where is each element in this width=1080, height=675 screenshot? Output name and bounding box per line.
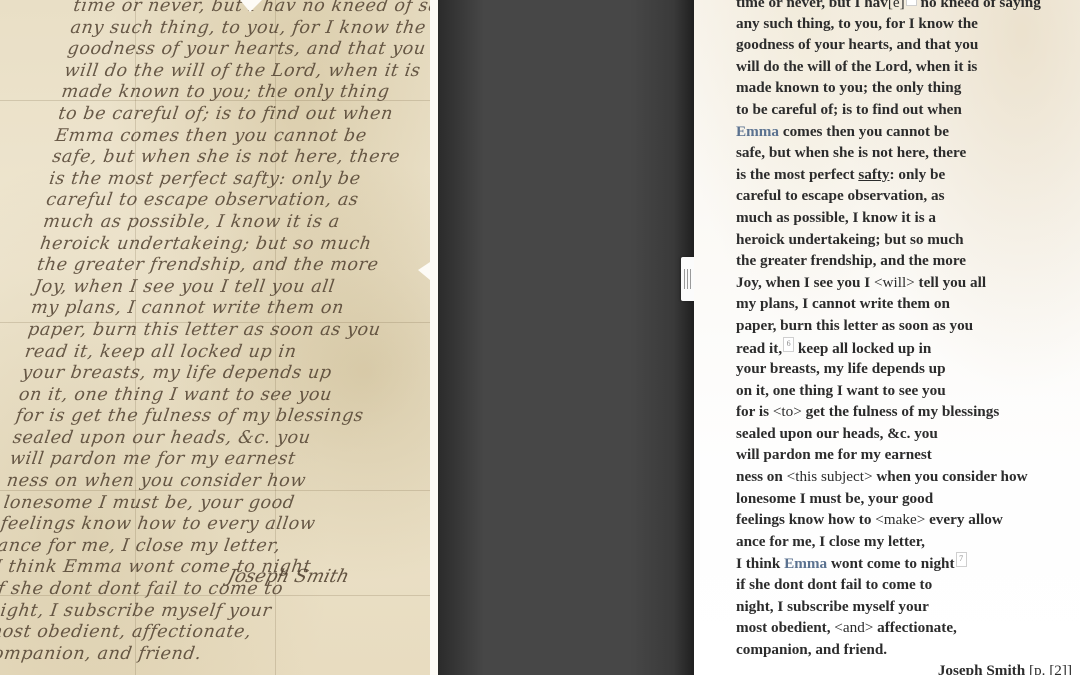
handwritten-line: most obedient, affectionate, <box>0 622 387 644</box>
manuscript-image-panel: time or never, but I hav no kneed of say… <box>0 0 438 675</box>
handwritten-line: goodness of your hearts, and that you <box>66 39 438 61</box>
transcription-line: I think Emma wont come to night7 <box>736 552 1080 574</box>
transcription-text-run: comes then you cannot be <box>779 123 949 140</box>
handwritten-line: will do the will of the Lord, when it is <box>63 61 438 83</box>
transcription-text-run: made known to you; the only thing <box>736 79 961 96</box>
handwritten-line: feelings know how to every allow <box>0 514 402 536</box>
handwritten-line: paper, burn this letter as soon as you <box>26 320 429 342</box>
transcription-text-run: sealed upon our heads, &c. you <box>736 425 938 442</box>
manuscript-page-image: time or never, but I hav no kneed of say… <box>0 0 430 675</box>
transcription-text-run: read it, <box>736 340 782 357</box>
handwritten-line: made known to you; the only thing <box>60 82 438 104</box>
transcription-text-run: get the fulness of my blessings <box>802 403 999 420</box>
handwritten-line: ance for me, I close my letter, <box>0 536 399 558</box>
transcription-text-run: lonesome I must be, your good <box>736 490 933 507</box>
handwritten-line: your breasts, my life depends up <box>20 363 423 385</box>
handwritten-line: Joy, when I see you I tell you all <box>33 277 436 299</box>
transcription-text-run: feelings know how to <box>736 511 875 528</box>
transcription-line: Joy, when I see you I <will> tell you al… <box>736 272 1080 294</box>
handwritten-line: time or never, but I hav no kneed of say… <box>72 0 438 18</box>
handwritten-text: time or never, but I hav no kneed of say… <box>0 0 438 665</box>
footnote-marker-icon[interactable]: 7 <box>956 552 967 567</box>
transcription-text-run: on it, one thing I want to see you <box>736 382 946 399</box>
transcription-text: time or never, but I hav[e]0 no kneed of… <box>736 0 1080 675</box>
transcription-line: is the most perfect safty: only be <box>736 164 1080 186</box>
handwritten-line: read it, keep all locked up in <box>23 342 426 364</box>
transcription-line: made known to you; the only thing <box>736 77 1080 99</box>
grip-line-icon <box>687 269 689 289</box>
handwritten-line: careful to escape observation, as <box>45 190 438 212</box>
transcription-text-run: paper, burn this letter as soon as you <box>736 317 973 334</box>
transcription-text-run: I think <box>736 555 784 572</box>
handwritten-line: companion, and friend. <box>0 644 384 666</box>
transcription-line: time or never, but I hav[e]0 no kneed of… <box>736 0 1080 13</box>
handwritten-line: safe, but when she is not here, there <box>51 147 438 169</box>
transcription-text-run: no kneed of saying <box>917 0 1041 11</box>
handwritten-line: night, I subscribe myself your <box>0 601 390 623</box>
transcription-text-run: ance for me, I close my letter, <box>736 533 925 550</box>
transcription-line: the greater frendship, and the more <box>736 250 1080 272</box>
transcription-text-run: for is <box>736 403 773 420</box>
editorial-insertion: <will> <box>874 274 915 291</box>
transcription-text-run: the greater frendship, and the more <box>736 252 966 269</box>
editorial-insertion: <make> <box>875 511 925 528</box>
transcription-line: much as possible, I know it is a <box>736 207 1080 229</box>
signature-name: Joseph Smith <box>938 662 1025 675</box>
handwritten-line: will pardon me for my earnest <box>8 449 411 471</box>
editorial-insertion: [e] <box>888 0 905 11</box>
transcription-line: paper, burn this letter as soon as you <box>736 315 1080 337</box>
handwritten-line: is the most perfect safty: only be <box>48 169 438 191</box>
handwritten-line: Emma comes then you cannot be <box>54 126 438 148</box>
transcription-line: feelings know how to <make> every allow <box>736 509 1080 531</box>
transcription-line: for is <to> get the fulness of my blessi… <box>736 401 1080 423</box>
transcription-line: Emma comes then you cannot be <box>736 121 1080 143</box>
handwritten-line: the greater frendship, and the more <box>36 255 438 277</box>
transcription-text-run: night, I subscribe myself your <box>736 598 929 615</box>
transcription-text-run: : only be <box>890 166 946 183</box>
footnote-marker-icon[interactable]: 0 <box>906 0 917 6</box>
page-marker: [p. [2]] <box>1025 662 1072 675</box>
transcription-text-run: will pardon me for my earnest <box>736 446 932 463</box>
transcription-text-run: is the most perfect <box>736 166 858 183</box>
transcription-text-run: every allow <box>925 511 1003 528</box>
transcription-text-run: to be careful of; is to find out when <box>736 101 962 118</box>
transcription-line: lonesome I must be, your good <box>736 488 1080 510</box>
transcription-text-run: ness on <box>736 468 787 485</box>
pane-resize-handle[interactable] <box>681 257 694 301</box>
transcription-text-run: my plans, I cannot write them on <box>736 295 950 312</box>
transcription-line: most obedient, <and> affectionate, <box>736 617 1080 639</box>
transcription-text-run: Joy, when I see you I <box>736 274 874 291</box>
editorial-insertion: <this subject> <box>787 468 873 485</box>
editorial-insertion: <and> <box>834 619 873 636</box>
transcription-text-run: affectionate, <box>873 619 957 636</box>
grip-line-icon <box>690 269 692 289</box>
handwritten-line: for is get the fulness of my blessings <box>14 406 417 428</box>
handwritten-line: sealed upon our heads, &c. you <box>11 428 414 450</box>
handwritten-line: on it, one thing I want to see you <box>17 385 420 407</box>
transcription-line: night, I subscribe myself your <box>736 596 1080 618</box>
transcription-line: safe, but when she is not here, there <box>736 142 1080 164</box>
transcription-line: ness on <this subject> when you consider… <box>736 466 1080 488</box>
transcription-text-run: safe, but when she is not here, there <box>736 144 966 161</box>
transcription-line: will pardon me for my earnest <box>736 444 1080 466</box>
transcription-text-run: wont come to night <box>827 555 954 572</box>
handwritten-line: my plans, I cannot write them on <box>30 298 433 320</box>
transcription-text-run: much as possible, I know it is a <box>736 209 936 226</box>
transcription-text-run: any such thing, to you, for I know the <box>736 15 978 32</box>
transcription-text-run: goodness of your hearts, and that you <box>736 36 978 53</box>
transcription-line: if she dont dont fail to come to <box>736 574 1080 596</box>
transcription-line: on it, one thing I want to see you <box>736 380 1080 402</box>
editorial-insertion: <to> <box>773 403 802 420</box>
transcription-text-run: safty <box>858 166 889 183</box>
transcription-text-run: your breasts, my life depends up <box>736 360 946 377</box>
transcription-line: heroick undertakeing; but so much <box>736 229 1080 251</box>
transcription-text-run: careful to escape observation, as <box>736 187 945 204</box>
transcription-text-run: tell you all <box>915 274 986 291</box>
transcription-text-run: heroick undertakeing; but so much <box>736 231 964 248</box>
person-link-emma[interactable]: Emma <box>736 123 779 140</box>
viewer-gutter <box>438 0 694 675</box>
transcription-text-run: if she dont dont fail to come to <box>736 576 932 593</box>
transcription-text-run: time or never, but I hav <box>736 0 888 11</box>
handwritten-signature: Joseph Smith <box>225 566 351 587</box>
transcription-line: your breasts, my life depends up <box>736 358 1080 380</box>
transcription-text-run: will do the will of the Lord, when it is <box>736 58 977 75</box>
handwritten-line: much as possible, I know it is a <box>42 212 438 234</box>
handwritten-line: to be careful of; is to find out when <box>57 104 438 126</box>
transcription-signature: Joseph Smith [p. [2]] <box>736 660 1080 675</box>
handwritten-line: any such thing, to you, for I know the <box>69 18 438 40</box>
transcription-line: will do the will of the Lord, when it is <box>736 56 1080 78</box>
grip-line-icon <box>684 269 686 289</box>
handwritten-line: lonesome I must be, your good <box>2 493 405 515</box>
transcription-line: my plans, I cannot write them on <box>736 293 1080 315</box>
transcription-line: companion, and friend. <box>736 639 1080 661</box>
person-link-emma[interactable]: Emma <box>784 555 827 572</box>
footnote-marker-icon[interactable]: 6 <box>783 337 794 352</box>
transcription-panel[interactable]: time or never, but I hav[e]0 no kneed of… <box>694 0 1080 675</box>
transcription-line: ance for me, I close my letter, <box>736 531 1080 553</box>
transcription-line: sealed upon our heads, &c. you <box>736 423 1080 445</box>
transcription-text-run: most obedient, <box>736 619 834 636</box>
transcription-line: read it,6 keep all locked up in <box>736 337 1080 359</box>
transcription-line: any such thing, to you, for I know the <box>736 13 1080 35</box>
transcription-text-run: keep all locked up in <box>794 340 931 357</box>
transcription-line: to be careful of; is to find out when <box>736 99 1080 121</box>
transcription-text-run: when you consider how <box>873 468 1028 485</box>
handwritten-line: ness on when you consider how <box>5 471 408 493</box>
transcription-line: careful to escape observation, as <box>736 185 1080 207</box>
handwritten-line: heroick undertakeing; but so much <box>39 234 438 256</box>
transcription-text-run: companion, and friend. <box>736 641 887 658</box>
transcription-line: goodness of your hearts, and that you <box>736 34 1080 56</box>
